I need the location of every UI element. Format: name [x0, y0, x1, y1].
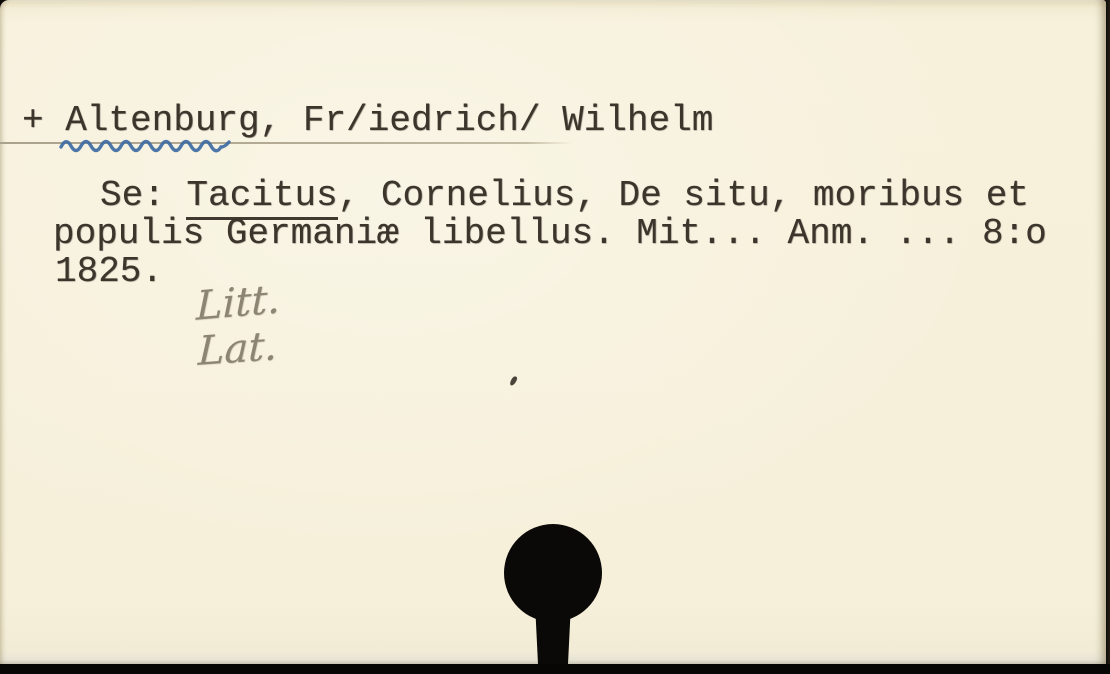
reference-line1-suffix: , Cornelius, De situ, moribus et: [338, 175, 1029, 216]
background-bottom-edge: [0, 664, 1110, 674]
ink-speck: [509, 375, 518, 386]
reference-line-2: populis Germaniæ libellus. Mit... Anm. .…: [53, 215, 1047, 253]
reference-line-1: Se: Tacitus, Cornelius, De situ, moribus…: [100, 177, 1029, 215]
pencil-note-litt: Litt.: [196, 276, 281, 330]
keyhole-punch-hole: [480, 515, 630, 664]
card-heading: + Altenburg, Fr/iedrich/ Wilhelm: [22, 102, 713, 140]
reference-year: 1825.: [55, 253, 163, 291]
reference-line1-prefix: Se:: [100, 175, 186, 216]
pencil-note-lat: Lat.: [197, 323, 278, 375]
card-right-edge: [1106, 0, 1110, 664]
